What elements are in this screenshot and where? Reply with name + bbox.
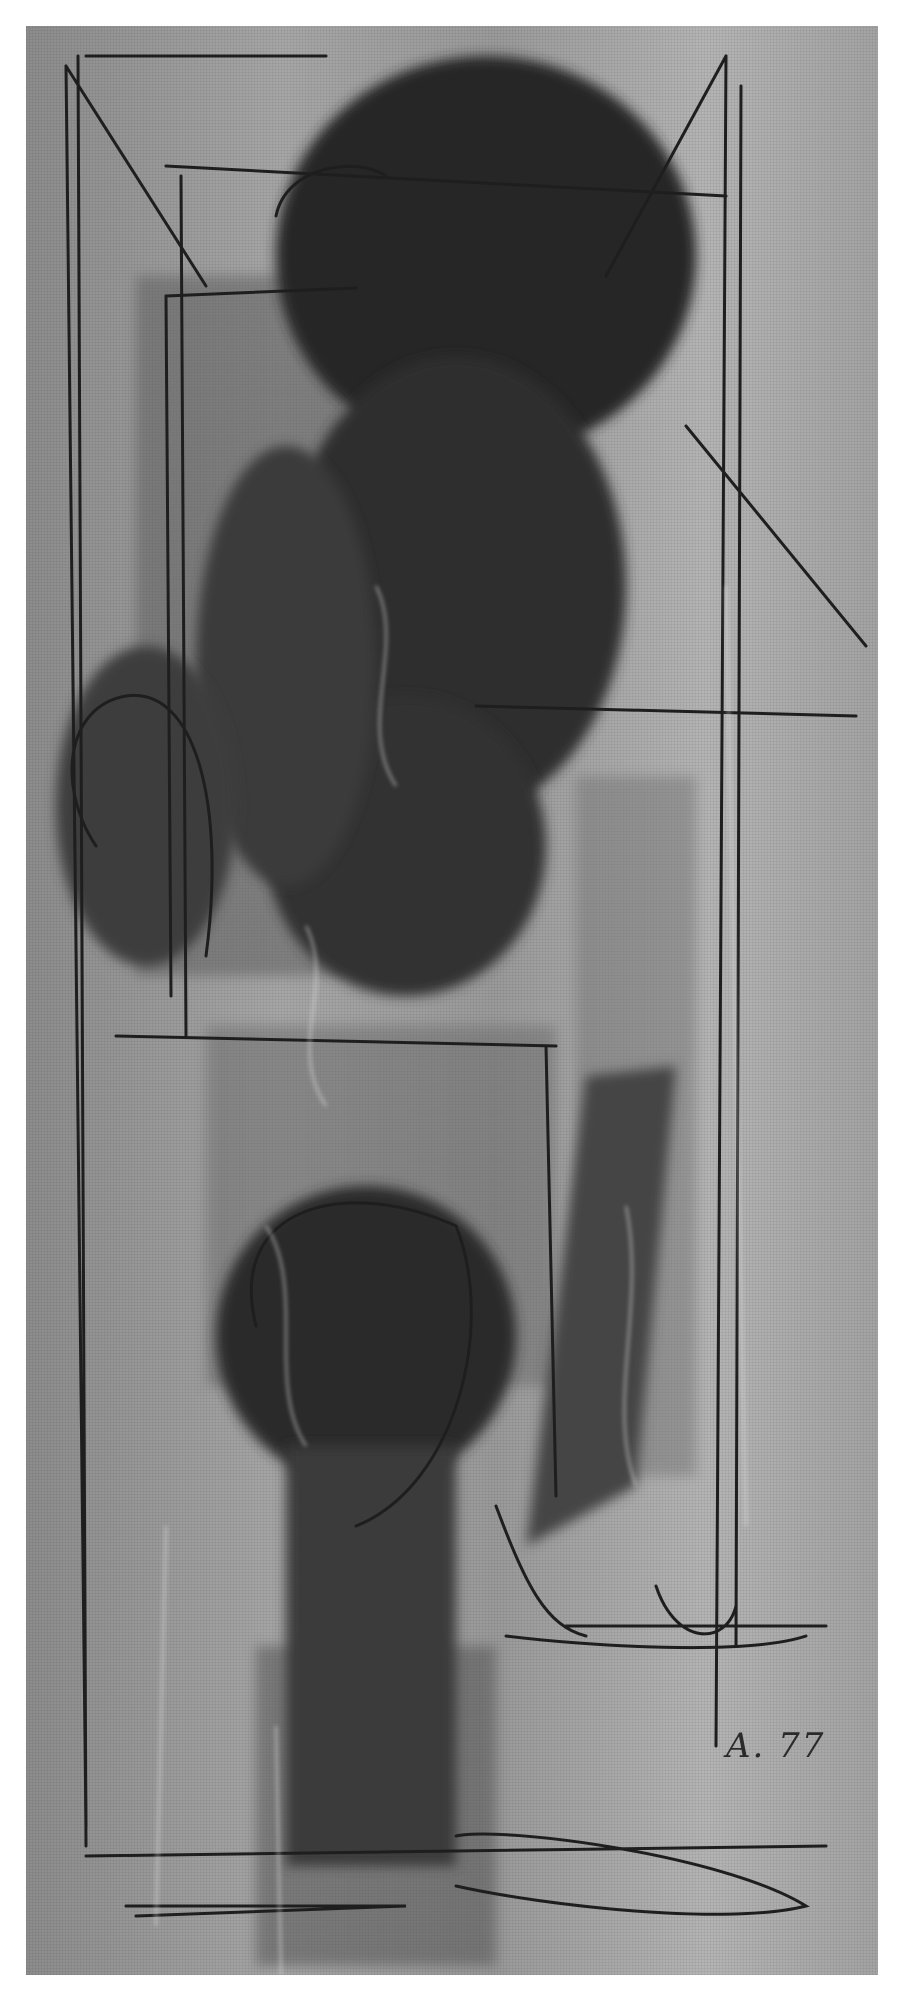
artist-signature: A. 77 (726, 1726, 825, 1766)
artwork-sheet: A. 77 (26, 26, 878, 1975)
artwork-drawing (26, 26, 878, 1975)
